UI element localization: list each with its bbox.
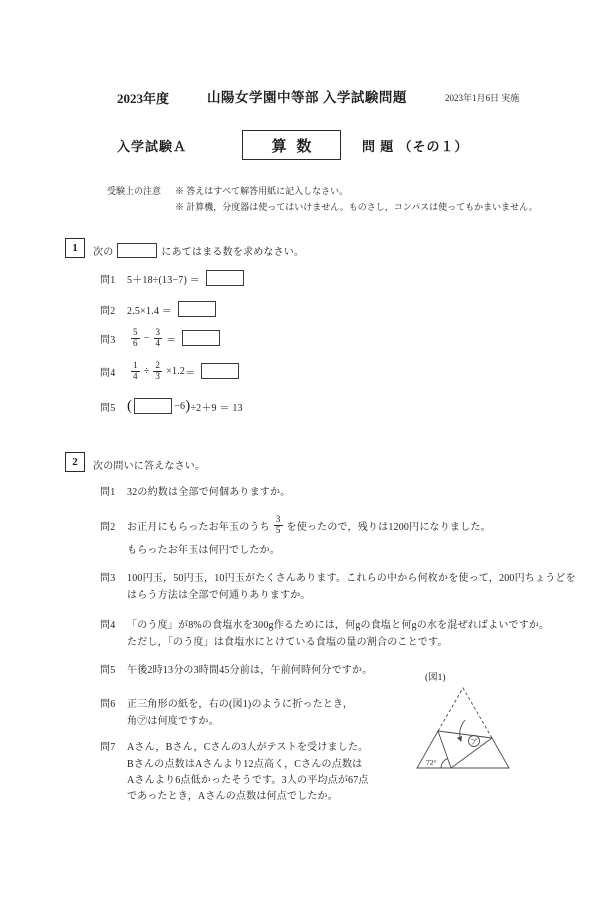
fraction: 3 4 — [154, 328, 163, 349]
equals-sign: ＝ — [166, 331, 176, 346]
angle-mark-label: ア — [470, 737, 478, 746]
fraction: 3 5 — [274, 515, 283, 536]
q3-line1: 100円玉，50円玉，10円玉がたくさんあります。これらの中から何枚かを使って，… — [127, 569, 576, 584]
fold-arrow-icon — [460, 720, 465, 741]
q1-text: 32の約数は全部で何個ありますか。 — [127, 483, 290, 498]
q6-line1: 正三角形の紙を，右の(図1)のように折ったとき， — [127, 695, 353, 710]
s1-question-4: 問4 1 4 ÷ 2 3 ×1.2 ＝ — [100, 360, 239, 382]
section1-number-box: 1 — [65, 238, 85, 258]
dashed-original-apex-lines — [438, 688, 492, 738]
question-label: 問3 — [100, 331, 119, 346]
open-paren: ( — [127, 398, 132, 415]
blank-box — [117, 243, 157, 258]
answer-box — [178, 301, 216, 317]
question-label: 問4 — [100, 364, 119, 379]
s2-question-3: 問3 100円玉，50円玉，10円玉がたくさんあります。これらの中から何枚かを使… — [100, 569, 576, 584]
s2-question-7-line4: であったとき，Aさんの点数は何点でしたか。 — [127, 787, 338, 802]
answer-box — [206, 270, 244, 286]
exam-date: 2023年1月6日 実施 — [445, 91, 519, 104]
question-label: 問1 — [100, 271, 119, 286]
s2-question-4: 問4 「のう度」が8%の食塩水を300g作るためには，何gの食塩と何gの水を混ぜ… — [100, 616, 549, 631]
s1-question-5: 問5 ( −6 ) ÷2＋9 ＝ 13 — [100, 397, 243, 415]
fold-crease-line — [438, 731, 492, 738]
section2-intro: 次の問いに答えなさい。 — [93, 457, 205, 472]
s1-question-2: 問2 2.5×1.4 ＝ — [100, 301, 216, 317]
exam-year: 2023年度 — [117, 88, 169, 107]
s2-question-2-line2: もらったお年玉は何円でしたか。 — [127, 541, 280, 556]
q7-line1: Aさん，Bさん，Cさんの3人がテストを受けました。 — [127, 738, 368, 753]
section2-number-box: 2 — [65, 452, 85, 472]
q1-expression: 5＋18÷(13−7) ＝ — [127, 271, 200, 286]
fraction-numerator: 3 — [274, 515, 283, 526]
answer-box — [134, 398, 172, 414]
s1-question-3: 問3 5 6 − 3 4 ＝ — [100, 327, 220, 349]
note-answer-sheet: ※ 答えはすべて解答用紙に記入しなさい。 — [175, 184, 348, 197]
q5-mid: −6 — [174, 401, 185, 412]
section1-intro-before: 次の — [93, 247, 113, 258]
figure-1-folded-triangle: 72° ア — [405, 678, 525, 778]
question-label: 問5 — [100, 399, 119, 414]
question-label: 問6 — [100, 695, 119, 710]
exam-page: 2023年度 山陽女学園中等部 入学試験問題 2023年1月6日 実施 入学試験… — [0, 0, 600, 900]
answer-box — [201, 363, 239, 379]
exam-name: 入学試験Ａ — [117, 136, 187, 155]
question-label: 問2 — [100, 518, 119, 533]
equals-sign: ＝ — [185, 364, 195, 379]
note-tools: ※ 計算機，分度器は使ってはいけません。ものさし，コンパスは使ってもかまいません… — [175, 200, 538, 213]
section1-intro: 次のにあてはまる数を求めなさい。 — [93, 243, 304, 258]
fraction-numerator: 3 — [154, 328, 163, 339]
q5-rest: ÷2＋9 ＝ 13 — [190, 399, 242, 414]
q4-line1: 「のう度」が8%の食塩水を300g作るためには，何gの食塩と何gの水を混ぜればよ… — [127, 616, 549, 631]
subject-box: 算 数 — [242, 130, 341, 160]
section2-number: 2 — [72, 456, 78, 468]
s2-question-7: 問7 Aさん，Bさん，Cさんの3人がテストを受けました。 — [100, 738, 368, 753]
fraction: 5 6 — [131, 328, 140, 349]
subject-label: 算 数 — [272, 135, 315, 156]
s2-question-4-line2: ただし，「のう度」は食塩水にとけている食塩の量の割合のことです。 — [127, 633, 448, 648]
question-label: 問7 — [100, 738, 119, 753]
fraction-denominator: 3 — [153, 372, 162, 382]
s2-question-2: 問2 お正月にもらったお年玉のうち 3 5 を使ったので，残りは1200円になり… — [100, 514, 491, 536]
q5-text: 午後2時13分の3時間45分前は，午前何時何分ですか。 — [127, 661, 372, 676]
s2-question-1: 問1 32の約数は全部で何個ありますか。 — [100, 483, 290, 498]
answer-box — [182, 330, 220, 346]
section1-number: 1 — [72, 242, 78, 254]
exam-title: 山陽女学園中等部 入学試験問題 — [207, 86, 407, 106]
fraction-denominator: 6 — [131, 339, 140, 349]
fraction-denominator: 5 — [274, 526, 283, 536]
fraction-numerator: 2 — [153, 361, 162, 372]
question-label: 問1 — [100, 483, 119, 498]
operator: ÷ — [144, 366, 150, 377]
fraction-denominator: 4 — [154, 339, 163, 349]
q2-text-before: お正月にもらったお年玉のうち — [127, 518, 270, 533]
question-label: 問3 — [100, 569, 119, 584]
notes-heading: 受験上の注意 — [107, 184, 161, 197]
fraction-numerator: 5 — [131, 328, 140, 339]
question-label: 問4 — [100, 616, 119, 631]
q2-text-after: を使ったので，残りは1200円になりました。 — [287, 518, 491, 533]
fraction: 2 3 — [153, 361, 162, 382]
s2-question-3-line2: はらう方法は全部で何通りありますか。 — [127, 586, 311, 601]
fraction-denominator: 4 — [131, 372, 140, 382]
fraction: 1 4 — [131, 361, 140, 382]
s2-question-6: 問6 正三角形の紙を，右の(図1)のように折ったとき， — [100, 695, 353, 710]
s2-question-7-line3: Aさんより6点低かったそうです。3人の平均点が67点 — [127, 771, 369, 786]
s2-question-6-line2: 角㋐は何度ですか。 — [127, 712, 219, 727]
s2-question-7-line2: Bさんの点数はAさんより12点高く，Cさんの点数は — [127, 755, 362, 770]
question-label: 問2 — [100, 302, 119, 317]
angle-arc — [441, 759, 448, 768]
operator: − — [144, 333, 150, 344]
section1-intro-after: にあてはまる数を求めなさい。 — [161, 247, 304, 258]
s1-question-1: 問1 5＋18÷(13−7) ＝ — [100, 270, 244, 286]
q2-expression: 2.5×1.4 ＝ — [127, 302, 172, 317]
fraction-numerator: 1 — [131, 361, 140, 372]
question-label: 問5 — [100, 661, 119, 676]
page-number-label: 問 題 （その１） — [362, 136, 469, 155]
s2-question-5: 問5 午後2時13分の3時間45分前は，午前何時何分ですか。 — [100, 661, 372, 676]
operator: ×1.2 — [166, 366, 185, 377]
angle-72-label: 72° — [426, 758, 437, 767]
